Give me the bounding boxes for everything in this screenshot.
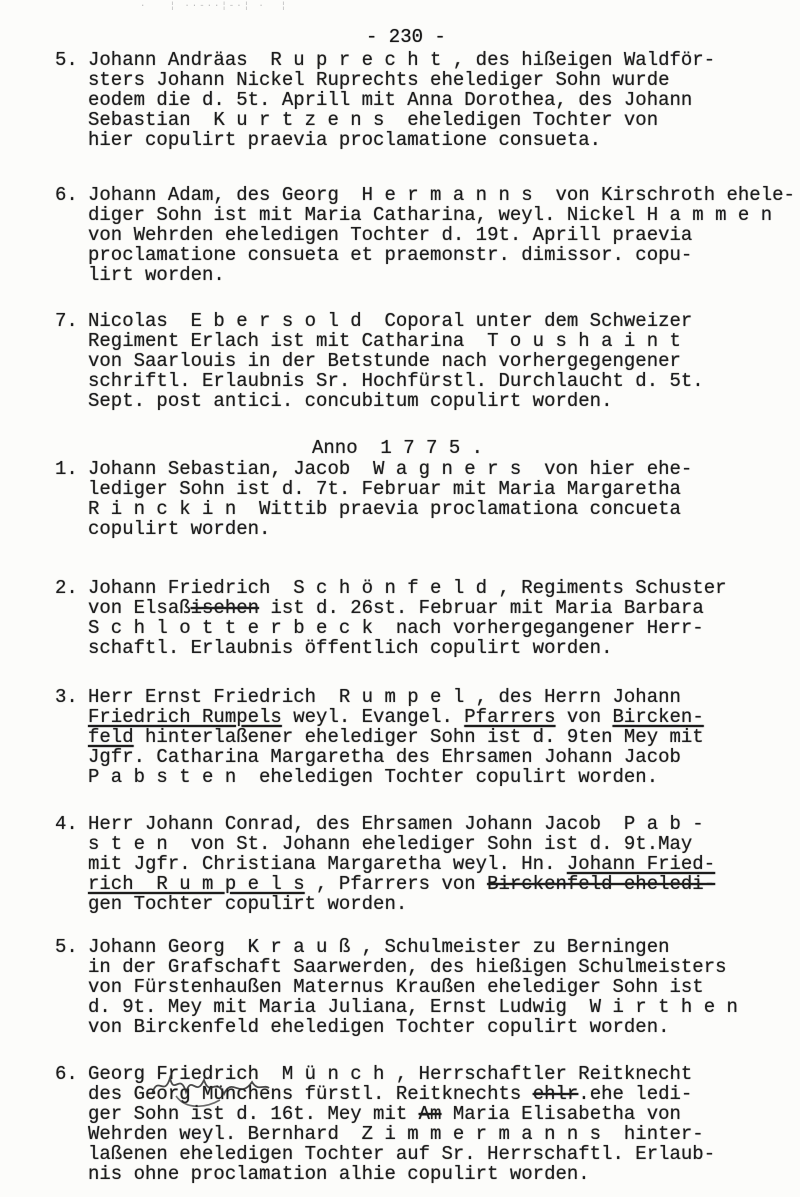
underlined-text: Johann Fried- <box>567 853 715 875</box>
page-number: - 230 - <box>366 26 446 48</box>
text-segment: Johann Friedrich S c h ö n f e l d , Reg… <box>88 577 727 599</box>
marriage-entry-1775-3: 3.Herr Ernst Friedrich R u m p e l , des… <box>55 687 704 787</box>
entry-line: Jgfr. Catharina Margaretha des Ehrsamen … <box>88 747 704 767</box>
text-segment: lediger Sohn ist d. 7t. Februar mit Mari… <box>88 478 681 500</box>
entry-line: eodem die d. 5t. Aprill mit Anna Dorothe… <box>88 90 715 110</box>
text-segment: Johann Adam, des Georg H e r m a n n s v… <box>88 184 795 206</box>
marriage-entry-1775-2: 2.Johann Friedrich S c h ö n f e l d , R… <box>55 578 727 658</box>
text-segment: schriftl. Erlaubnis Sr. Hochfürstl. Durc… <box>88 370 704 392</box>
entry-text: Herr Johann Conrad, des Ehrsamen Johann … <box>88 814 715 914</box>
entry-number: 2. <box>55 578 88 658</box>
text-segment: Wehrden weyl. Bernhard Z i m m e r m a n… <box>88 1123 704 1145</box>
text-segment: copulirt worden. <box>88 518 270 540</box>
entry-line: P a b s t e n eheledigen Tochter copulir… <box>88 767 704 787</box>
struck-text: ehlr <box>533 1083 579 1105</box>
pencil-marks: · ¦ ··-··¦-·¦ · ¦ <box>140 1 288 11</box>
entry-line: nis ohne proclamation alhie copulirt wor… <box>88 1164 715 1184</box>
entry-text: Herr Ernst Friedrich R u m p e l , des H… <box>88 687 704 787</box>
entry-line: hier copulirt praevia proclamatione cons… <box>88 130 715 150</box>
text-segment: Jgfr. Catharina Margaretha des Ehrsamen … <box>88 746 681 768</box>
handwritten-annotation-scribble <box>148 1066 273 1112</box>
entry-line: copulirt worden. <box>88 519 692 539</box>
text-segment: nis ohne proclamation alhie copulirt wor… <box>88 1163 590 1185</box>
text-segment: von Wehrden eheledigen Tochter d. 19t. A… <box>88 224 692 246</box>
entry-line: Johann Friedrich S c h ö n f e l d , Reg… <box>88 578 727 598</box>
text-segment: schaftl. Erlaubnis öffentlich copulirt w… <box>88 637 613 659</box>
text-segment: diger Sohn ist mit Maria Catharina, weyl… <box>88 204 772 226</box>
entry-line: Johann Andräas R u p r e c h t , des hiß… <box>88 50 715 70</box>
marriage-entry-1775-1: 1.Johann Sebastian, Jacob W a g n e r s … <box>55 459 692 539</box>
text-segment: eodem die d. 5t. Aprill mit Anna Dorothe… <box>88 89 692 111</box>
text-segment: gen Tochter copulirt worden. <box>88 893 407 915</box>
marriage-entry-1774-6: 6.Johann Adam, des Georg H e r m a n n s… <box>55 185 795 285</box>
entry-line: sters Johann Nickel Ruprechts ehelediger… <box>88 70 715 90</box>
entry-number: 6. <box>55 185 88 285</box>
entry-line: von Elsaßisehen ist d. 26st. Februar mit… <box>88 598 727 618</box>
entry-line: Herr Johann Conrad, des Ehrsamen Johann … <box>88 814 715 834</box>
text-segment: Herr Johann Conrad, des Ehrsamen Johann … <box>88 813 704 835</box>
text-segment: von Birckenfeld eheledigen Tochter copul… <box>88 1016 670 1038</box>
entry-number: 3. <box>55 687 88 787</box>
text-segment: von Elsaß <box>88 597 191 619</box>
entry-number: 7. <box>55 311 88 411</box>
entry-line: Nicolas E b e r s o l d Coporal unter de… <box>88 311 704 331</box>
entry-line: Johann Adam, des Georg H e r m a n n s v… <box>88 185 795 205</box>
text-segment: hinterlaßener ehelediger Sohn ist d. 9te… <box>134 726 704 748</box>
entry-line: S c h l o t t e r b e c k nach vorhergeg… <box>88 618 727 638</box>
entry-text: Nicolas E b e r s o l d Coporal unter de… <box>88 311 704 411</box>
entry-line: Sept. post antici. concubitum copulirt w… <box>88 391 704 411</box>
text-segment: ist d. 26st. Februar mit Maria Barbara <box>259 597 704 619</box>
entry-line: Herr Ernst Friedrich R u m p e l , des H… <box>88 687 704 707</box>
entry-line: s t e n von St. Johann ehelediger Sohn i… <box>88 834 715 854</box>
text-segment: d. 9t. Mey mit Maria Juliana, Ernst Ludw… <box>88 996 738 1018</box>
entry-line: von Wehrden eheledigen Tochter d. 19t. A… <box>88 225 795 245</box>
entry-line: Johann Sebastian, Jacob W a g n e r s vo… <box>88 459 692 479</box>
text-segment: Sept. post antici. concubitum copulirt w… <box>88 390 613 412</box>
text-segment: Maria Elisabetha von <box>441 1103 680 1125</box>
text-segment: hier copulirt praevia proclamatione cons… <box>88 129 601 151</box>
scanned-document-page: · ¦ ··-··¦-·¦ · ¦ - 230 - 5.Johann Andrä… <box>0 0 800 1197</box>
entry-line: gen Tochter copulirt worden. <box>88 894 715 914</box>
text-segment: Johann Sebastian, Jacob W a g n e r s vo… <box>88 458 692 480</box>
entry-line: in der Grafschaft Saarwerden, des hießig… <box>88 957 738 977</box>
underlined-text: Friedrich Rumpels <box>88 706 282 728</box>
entry-line: R i n c k i n Wittib praevia proclamatio… <box>88 499 692 519</box>
entry-text: Johann Adam, des Georg H e r m a n n s v… <box>88 185 795 285</box>
text-segment: S c h l o t t e r b e c k nach vorhergeg… <box>88 617 704 639</box>
entry-text: Johann Andräas R u p r e c h t , des hiß… <box>88 50 715 150</box>
text-segment: weyl. Evangel. <box>282 706 464 728</box>
struck-text: Birckenfeld eheledi- <box>487 873 715 895</box>
entry-line: von Saarlouis in der Betstunde nach vorh… <box>88 351 704 371</box>
year-heading: Anno 1 7 7 5 . <box>312 437 483 459</box>
entry-line: mit Jgfr. Christiana Margaretha weyl. Hn… <box>88 854 715 874</box>
text-segment: in der Grafschaft Saarwerden, des hießig… <box>88 956 727 978</box>
text-segment: Herr Ernst Friedrich R u m p e l , des H… <box>88 686 681 708</box>
underlined-text: Pfarrers <box>464 706 555 728</box>
entry-line: feld hinterlaßener ehelediger Sohn ist d… <box>88 727 704 747</box>
entry-line: Wehrden weyl. Bernhard Z i m m e r m a n… <box>88 1124 715 1144</box>
text-segment: von Fürstenhaußen Maternus Kraußen ehele… <box>88 976 704 998</box>
text-segment: Johann Georg K r a u ß , Schulmeister zu… <box>88 936 670 958</box>
marriage-entry-1775-4: 4.Herr Johann Conrad, des Ehrsamen Johan… <box>55 814 715 914</box>
underlined-text: rich R u m p e l s <box>88 873 305 895</box>
entry-line: schriftl. Erlaubnis Sr. Hochfürstl. Durc… <box>88 371 704 391</box>
text-segment: sters Johann Nickel Ruprechts ehelediger… <box>88 69 670 91</box>
text-segment: von Saarlouis in der Betstunde nach vorh… <box>88 350 681 372</box>
text-segment: .ehe ledi- <box>578 1083 692 1105</box>
entry-line: rich R u m p e l s , Pfarrers von Bircke… <box>88 874 715 894</box>
underlined-text: feld <box>88 726 134 748</box>
entry-line: diger Sohn ist mit Maria Catharina, weyl… <box>88 205 795 225</box>
marriage-entry-1774-7: 7.Nicolas E b e r s o l d Coporal unter … <box>55 311 704 411</box>
entry-text: Johann Sebastian, Jacob W a g n e r s vo… <box>88 459 692 539</box>
entry-line: Johann Georg K r a u ß , Schulmeister zu… <box>88 937 738 957</box>
entry-number: 5. <box>55 937 88 1037</box>
entry-line: Friedrich Rumpels weyl. Evangel. Pfarrer… <box>88 707 704 727</box>
entry-number: 4. <box>55 814 88 914</box>
text-segment: mit Jgfr. Christiana Margaretha weyl. Hn… <box>88 853 567 875</box>
entry-line: Sebastian K u r t z e n s eheledigen Toc… <box>88 110 715 130</box>
entry-text: Johann Friedrich S c h ö n f e l d , Reg… <box>88 578 727 658</box>
text-segment: , Pfarrers von <box>305 873 487 895</box>
entry-line: proclamatione consueta et praemonstr. di… <box>88 245 795 265</box>
text-segment: lirt worden. <box>88 264 225 286</box>
text-segment: Regiment Erlach ist mit Catharina T o u … <box>88 330 681 352</box>
entry-number: 5. <box>55 50 88 150</box>
entry-line: lirt worden. <box>88 265 795 285</box>
text-segment: Sebastian K u r t z e n s eheledigen Toc… <box>88 109 658 131</box>
underlined-text: Bircken- <box>613 706 704 728</box>
entry-line: lediger Sohn ist d. 7t. Februar mit Mari… <box>88 479 692 499</box>
entry-line: von Fürstenhaußen Maternus Kraußen ehele… <box>88 977 738 997</box>
marriage-entry-1775-5: 5.Johann Georg K r a u ß , Schulmeister … <box>55 937 738 1037</box>
text-segment: laßenen eheledigen Tochter auf Sr. Herrs… <box>88 1143 715 1165</box>
text-segment: s t e n von St. Johann ehelediger Sohn i… <box>88 833 692 855</box>
text-segment: proclamatione consueta et praemonstr. di… <box>88 244 692 266</box>
marriage-entry-1774-5: 5.Johann Andräas R u p r e c h t , des h… <box>55 50 715 150</box>
entry-number: 6. <box>55 1064 88 1184</box>
entry-line: schaftl. Erlaubnis öffentlich copulirt w… <box>88 638 727 658</box>
text-segment: R i n c k i n Wittib praevia proclamatio… <box>88 498 681 520</box>
entry-number: 1. <box>55 459 88 539</box>
entry-text: Johann Georg K r a u ß , Schulmeister zu… <box>88 937 738 1037</box>
entry-line: laßenen eheledigen Tochter auf Sr. Herrs… <box>88 1144 715 1164</box>
text-segment: Nicolas E b e r s o l d Coporal unter de… <box>88 310 692 332</box>
text-segment: von <box>556 706 613 728</box>
entry-line: Regiment Erlach ist mit Catharina T o u … <box>88 331 704 351</box>
struck-text: isehen <box>191 597 259 619</box>
struck-text: Am <box>419 1103 442 1125</box>
entry-line: d. 9t. Mey mit Maria Juliana, Ernst Ludw… <box>88 997 738 1017</box>
entry-line: von Birckenfeld eheledigen Tochter copul… <box>88 1017 738 1037</box>
text-segment: P a b s t e n eheledigen Tochter copulir… <box>88 766 658 788</box>
text-segment: Johann Andräas R u p r e c h t , des hiß… <box>88 49 715 71</box>
